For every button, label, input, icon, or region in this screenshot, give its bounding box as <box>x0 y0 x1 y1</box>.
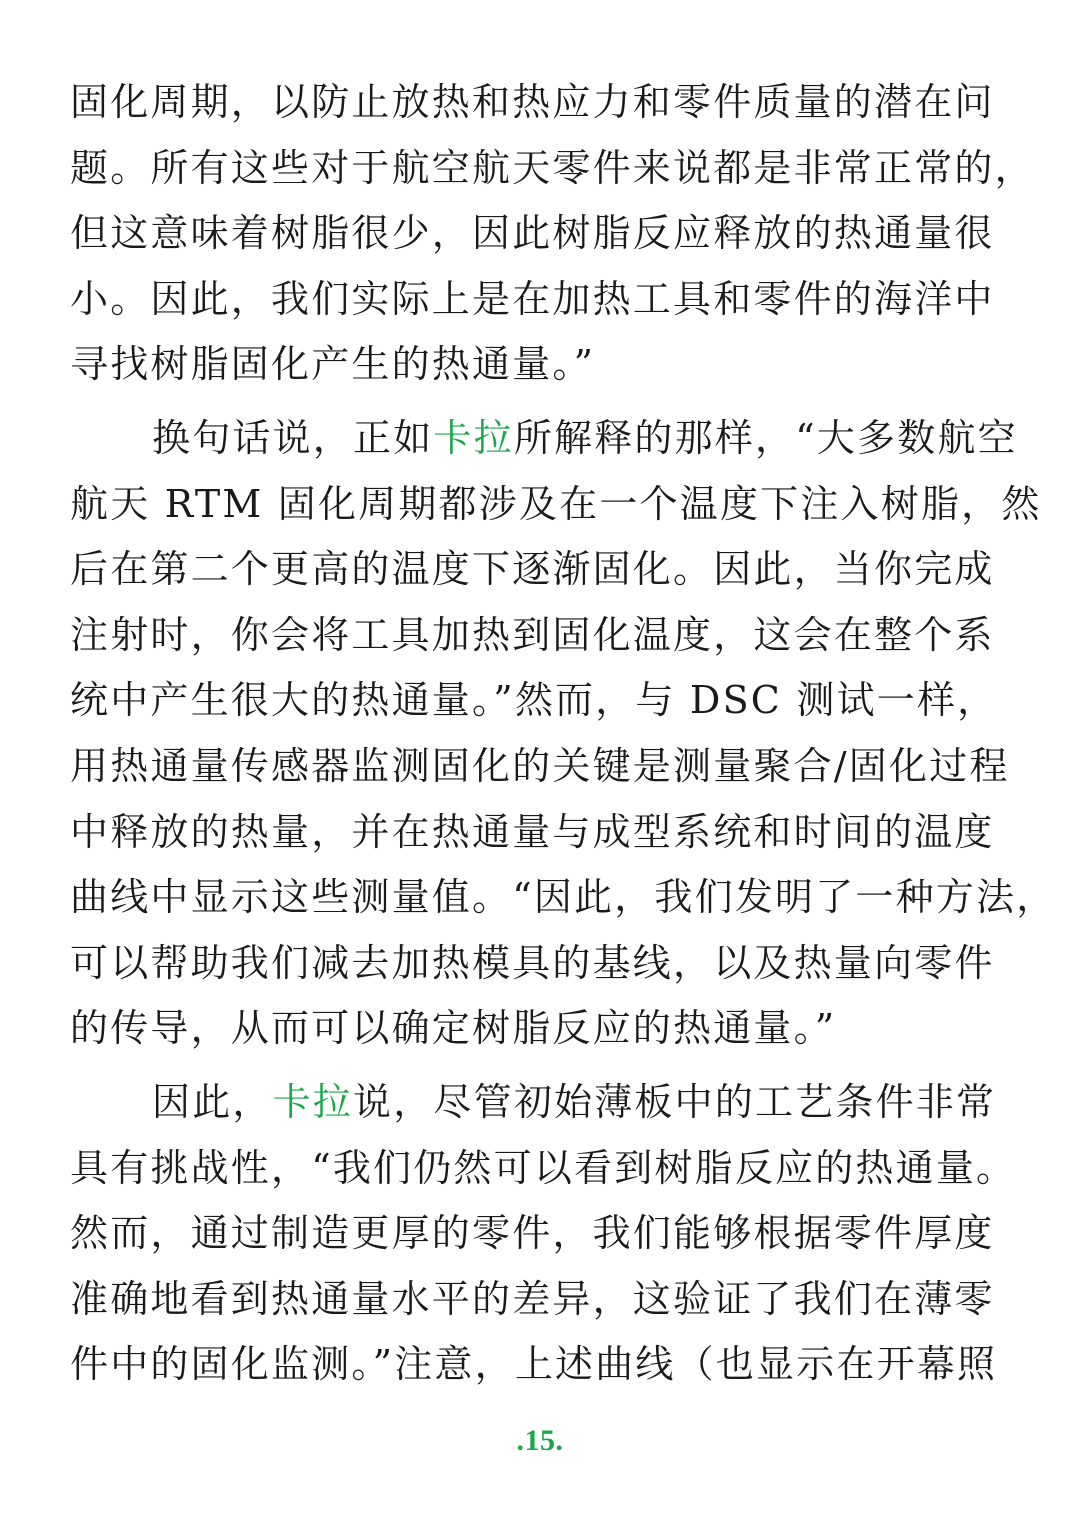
paragraph-2: 换句话说，正如卡拉所解释的那样，“大多数航空 航天 RTM 固化周期都涉及在一个… <box>70 406 1030 1062</box>
text-line: 的传导，从而可以确定树脂反应的热通量。” <box>70 996 1030 1062</box>
text-line: 题。所有这些对于航空航天零件来说都是非常正常的， <box>70 136 1030 202</box>
text-segment: 换句话说，正如 <box>152 416 433 460</box>
text-segment: 因此， <box>152 1080 273 1124</box>
text-line: 航天 RTM 固化周期都涉及在一个温度下注入树脂，然 <box>70 472 1030 538</box>
text-line: 固化周期，以防止放热和热应力和零件质量的潜在问 <box>70 70 1030 136</box>
highlighted-name: 卡拉 <box>433 416 513 460</box>
text-line: 准确地看到热通量水平的差异，这验证了我们在薄零 <box>70 1267 1030 1333</box>
document-body: 固化周期，以防止放热和热应力和零件质量的潜在问 题。所有这些对于航空航天零件来说… <box>70 70 1030 1398</box>
paragraph-1: 固化周期，以防止放热和热应力和零件质量的潜在问 题。所有这些对于航空航天零件来说… <box>70 70 1030 398</box>
highlighted-name: 卡拉 <box>273 1080 353 1124</box>
text-line: 统中产生很大的热通量。”然而，与 DSC 测试一样， <box>70 668 1030 734</box>
text-line: 具有挑战性，“我们仍然可以看到树脂反应的热通量。 <box>70 1136 1030 1202</box>
text-line: 然而，通过制造更厚的零件，我们能够根据零件厚度 <box>70 1201 1030 1267</box>
text-segment: 所解释的那样，“大多数航空 <box>514 416 1018 460</box>
text-line: 小。因此，我们实际上是在加热工具和零件的海洋中 <box>70 267 1030 333</box>
text-line: 用热通量传感器监测固化的关键是测量聚合/固化过程 <box>70 734 1030 800</box>
text-line: 但这意味着树脂很少，因此树脂反应释放的热通量很 <box>70 201 1030 267</box>
text-line: 后在第二个更高的温度下逐渐固化。因此，当你完成 <box>70 537 1030 603</box>
text-line: 换句话说，正如卡拉所解释的那样，“大多数航空 <box>70 406 1030 472</box>
text-line: 寻找树脂固化产生的热通量。” <box>70 332 1030 398</box>
text-segment: 说，尽管初始薄板中的工艺条件非常 <box>353 1080 996 1124</box>
text-line: 件中的固化监测。”注意，上述曲线（也显示在开幕照 <box>70 1332 1030 1398</box>
text-line: 可以帮助我们减去加热模具的基线，以及热量向零件 <box>70 931 1030 997</box>
page-number: .15. <box>0 1424 1080 1458</box>
paragraph-3: 因此，卡拉说，尽管初始薄板中的工艺条件非常 具有挑战性，“我们仍然可以看到树脂反… <box>70 1070 1030 1398</box>
text-line: 注射时，你会将工具加热到固化温度，这会在整个系 <box>70 603 1030 669</box>
text-line: 曲线中显示这些测量值。“因此，我们发明了一种方法， <box>70 865 1030 931</box>
text-line: 因此，卡拉说，尽管初始薄板中的工艺条件非常 <box>70 1070 1030 1136</box>
text-line: 中释放的热量，并在热通量与成型系统和时间的温度 <box>70 800 1030 866</box>
